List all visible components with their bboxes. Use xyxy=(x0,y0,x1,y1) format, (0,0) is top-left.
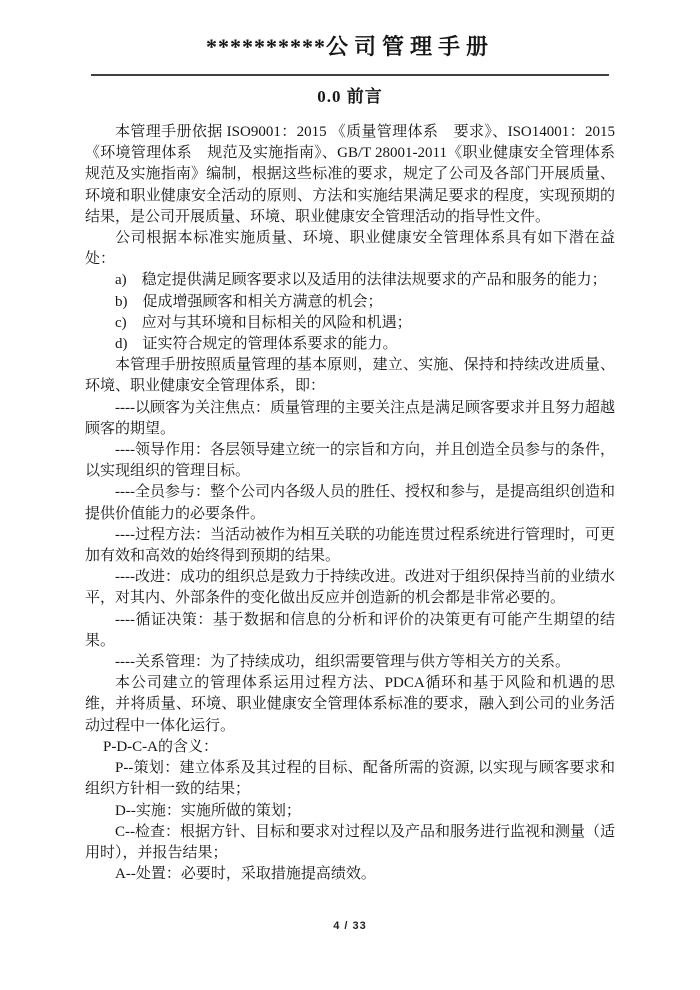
paragraph: 本公司建立的管理体系运用过程方法、PDCA循环和基于风险和机遇的思维，并将质量、… xyxy=(85,673,615,737)
paragraph: ----以顾客为关注焦点：质量管理的主要关注点是满足顾客要求并且努力超越顾客的期… xyxy=(85,398,615,440)
paragraph: ----改进：成功的组织总是致力于持续改进。改进对于组织保持当前的业绩水平，对其… xyxy=(85,567,615,609)
paragraph: d) 证实符合规定的管理体系要求的能力。 xyxy=(85,334,615,355)
paragraph: a) 稳定提供满足顾客要求以及适用的法律法规要求的产品和服务的能力； xyxy=(85,270,615,291)
paragraph: b) 促成增强顾客和相关方满意的机会； xyxy=(85,292,615,313)
paragraph: D--实施：实施所做的策划； xyxy=(85,801,615,822)
paragraph: c) 应对与其环境和目标相关的风险和机遇； xyxy=(85,313,615,334)
paragraph: ----过程方法：当活动被作为相互关联的功能连贯过程系统进行管理时，可更加有效和… xyxy=(85,525,615,567)
paragraph: 公司根据本标准实施质量、环境、职业健康安全管理体系具有如下潜在益处： xyxy=(85,228,615,270)
document-title: **********公司管理手册 xyxy=(85,32,615,62)
title-divider xyxy=(91,74,609,76)
title-asterisks: ********** xyxy=(206,34,326,59)
paragraph: C--检查：根据方针、目标和要求对过程以及产品和服务进行监视和测量（适用时），并… xyxy=(85,822,615,864)
paragraph: ----全员参与：整个公司内各级人员的胜任、授权和参与，是提高组织创造和提供价值… xyxy=(85,482,615,524)
paragraph: A--处置：必要时，采取措施提高绩效。 xyxy=(85,864,615,885)
paragraph: P-D-C-A的含义： xyxy=(85,737,615,758)
document-page: **********公司管理手册 0.0 前言 本管理手册依据 ISO9001：… xyxy=(0,0,700,990)
document-body: 本管理手册依据 ISO9001：2015 《质量管理体系 要求》、ISO1400… xyxy=(85,122,615,885)
paragraph: P--策划：建立体系及其过程的目标、配备所需的资源, 以实现与顾客要求和组织方针… xyxy=(85,758,615,800)
page-number-current: 4 xyxy=(331,920,342,932)
title-text: 公司管理手册 xyxy=(326,34,494,59)
paragraph: ----关系管理：为了持续成功，组织需要管理与供方等相关方的关系。 xyxy=(85,652,615,673)
paragraph: 本管理手册依据 ISO9001：2015 《质量管理体系 要求》、ISO1400… xyxy=(85,122,615,228)
page-footer: 4/33 xyxy=(0,920,700,932)
paragraph: 本管理手册按照质量管理的基本原则，建立、实施、保持和持续改进质量、环境、职业健康… xyxy=(85,355,615,397)
paragraph: ----领导作用：各层领导建立统一的宗旨和方向，并且创造全员参与的条件，以实现组… xyxy=(85,440,615,482)
paragraph: ----循证决策：基于数据和信息的分析和评价的决策更有可能产生期望的结果。 xyxy=(85,610,615,652)
page-number-total: 33 xyxy=(350,920,368,932)
section-heading: 0.0 前言 xyxy=(85,86,615,108)
